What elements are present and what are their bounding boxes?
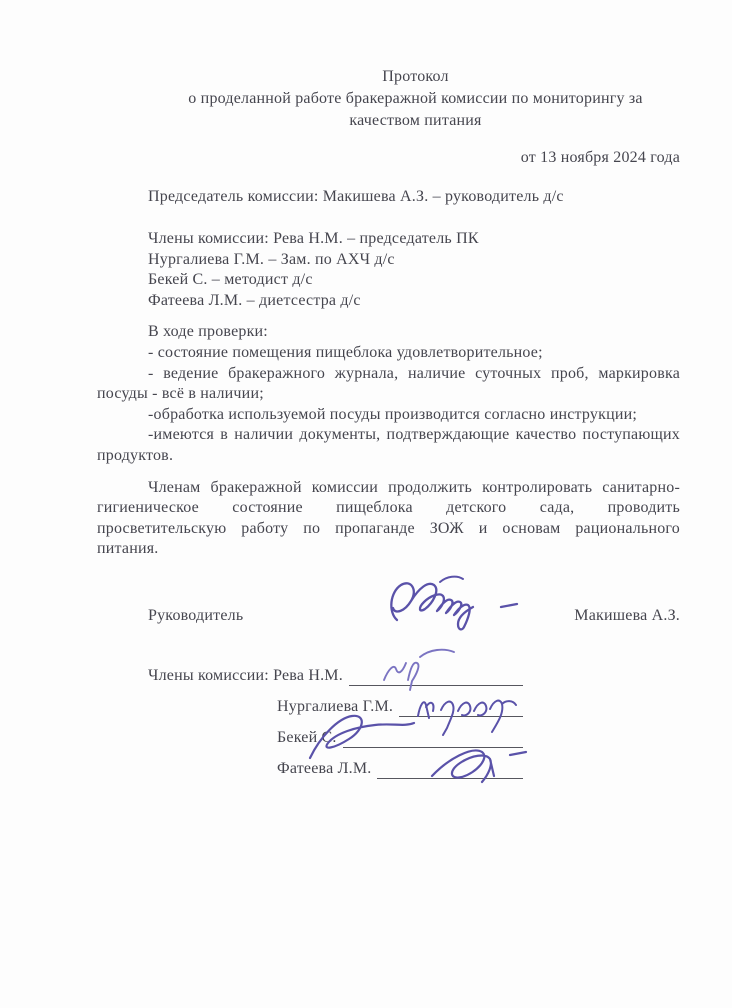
signature-row-reva: Члены комиссии: Рева Н.М. — [97, 665, 523, 686]
inspection-line: посуды - всё в наличии; — [97, 384, 680, 405]
head-signature-role: Руководитель — [97, 605, 243, 626]
member-signatures: Члены комиссии: Рева Н.М. Нургалиева Г.М… — [97, 665, 680, 779]
signature-line — [343, 728, 523, 748]
signature-label: Бекей С. — [277, 727, 343, 748]
title-line-3: качеством питания — [151, 110, 680, 132]
document-title: Протокол о проделанной работе бракеражно… — [97, 66, 680, 132]
inspection-line: - ведение бракеражного журнала, наличие … — [97, 364, 680, 385]
inspection-heading: В ходе проверки: — [97, 322, 680, 343]
resolution-line: просветительскую работу по пропаганде ЗО… — [97, 519, 680, 540]
members-intro-line: Фатеева Л.М. – диетсестра д/с — [97, 291, 680, 312]
signature-line — [349, 666, 523, 686]
members-intro-line: Нургалиева Г.М. – Зам. по АХЧ д/с — [97, 250, 680, 271]
signature-line — [377, 759, 523, 779]
inspection-section: В ходе проверки: - состояние помещения п… — [97, 322, 680, 466]
title-line-1: Протокол — [151, 66, 680, 88]
members-intro-line: Бекей С. – методист д/с — [97, 270, 680, 291]
resolution-line: Членам бракеражной комиссии продолжить к… — [97, 478, 680, 499]
signature-row-bekey: Бекей С. — [97, 727, 523, 748]
inspection-line: -обработка используемой посуды производи… — [97, 405, 680, 426]
signature-label: Фатеева Л.М. — [277, 758, 377, 779]
scanned-protocol-page: Протокол о проделанной работе бракеражно… — [0, 0, 732, 1008]
signature-row-fateeva: Фатеева Л.М. — [97, 758, 523, 779]
document-date: от 13 ноября 2024 года — [97, 147, 680, 168]
members-intro-line: Члены комиссии: Рева Н.М. – председатель… — [97, 229, 680, 250]
head-signature-row: Руководитель Макишева А.З. — [97, 605, 680, 626]
title-line-2: о проделанной работе бракеражной комисси… — [151, 88, 680, 110]
members-intro: Члены комиссии: Рева Н.М. – председатель… — [97, 229, 680, 311]
signature-line — [399, 697, 523, 717]
resolution-line: питания. — [97, 539, 680, 560]
document-body: Протокол о проделанной работе бракеражно… — [97, 66, 680, 789]
signature-label: Члены комиссии: Рева Н.М. — [148, 665, 349, 686]
signature-row-nurgalieva: Нургалиева Г.М. — [97, 696, 523, 717]
resolution-line: гигиеническое состояние пищеблока детско… — [97, 498, 680, 519]
inspection-line: продуктов. — [97, 446, 680, 467]
chairman-line: Председатель комиссии: Макишева А.З. – р… — [97, 186, 680, 207]
inspection-line: -имеются в наличии документы, подтвержда… — [97, 425, 680, 446]
head-signature-name: Макишева А.З. — [523, 605, 680, 626]
resolution-paragraph: Членам бракеражной комиссии продолжить к… — [97, 478, 680, 560]
signature-label: Нургалиева Г.М. — [277, 696, 399, 717]
inspection-line: - состояние помещения пищеблока удовлетв… — [97, 343, 680, 364]
